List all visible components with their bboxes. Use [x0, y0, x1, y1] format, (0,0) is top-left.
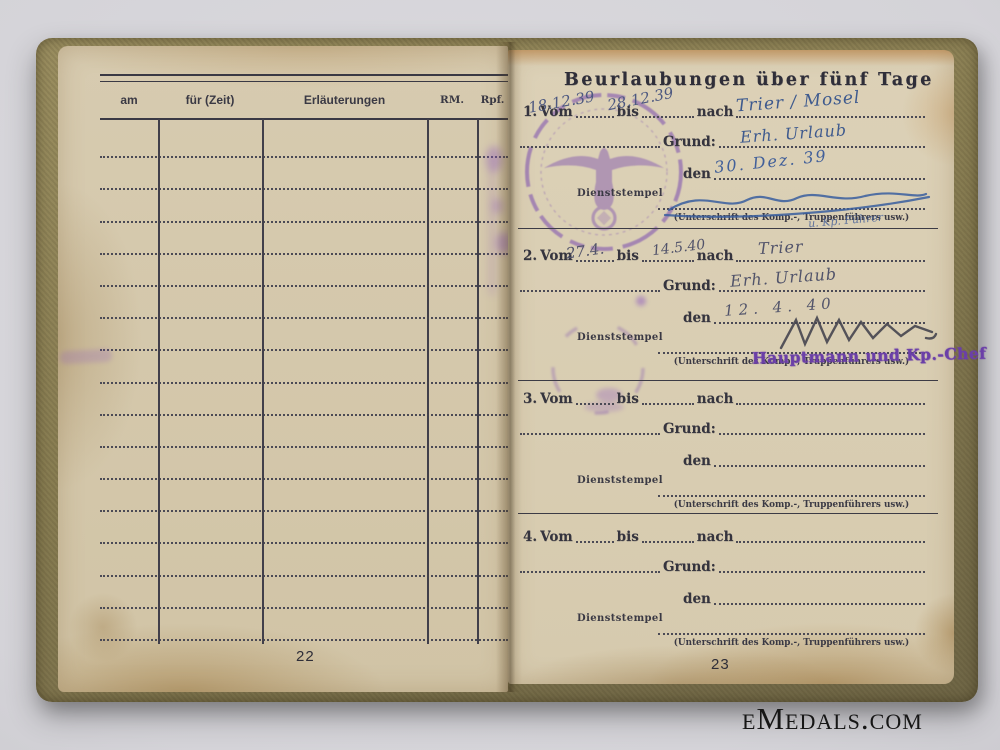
- table-row: [100, 319, 508, 351]
- table-row: [100, 544, 508, 576]
- vom-field: [576, 94, 614, 118]
- column-divider: [262, 119, 264, 644]
- grund-field: [719, 403, 925, 435]
- hauptmann-stamp-text: Hauptmann und Kp.-Chef: [752, 344, 987, 368]
- page-number-22: 22: [296, 648, 315, 665]
- signature-caption: (Unterschrift des Komp.-, Truppenführers…: [658, 638, 925, 648]
- vom-field: [576, 381, 614, 405]
- table-row: [100, 609, 508, 641]
- column-divider: [158, 119, 160, 644]
- den-label: den: [683, 593, 711, 607]
- signature-line: [658, 180, 925, 210]
- signature-line: [658, 467, 925, 497]
- right-page: Beurlaubungen über fünf Tage 1. Vom bis …: [508, 50, 954, 684]
- continuation-field: [520, 403, 660, 435]
- column-header-fuer-zeit: für (Zeit): [158, 93, 262, 107]
- leave-entry-1: 1. Vom bis nach Grund: den Dienststempel…: [508, 96, 940, 246]
- bis-field: [642, 381, 694, 405]
- dienststempel-label: Dienststempel: [577, 188, 663, 199]
- table-row: [100, 126, 508, 158]
- leave-entry-4: 4. Vom bis nach Grund: den Dienststempel…: [508, 521, 940, 671]
- nach-field: [736, 519, 925, 543]
- grund-field: [719, 260, 925, 292]
- grund-field: [719, 116, 925, 148]
- table-row: [100, 577, 508, 609]
- nach-field: [736, 238, 925, 262]
- den-field: [714, 290, 925, 324]
- table-header-row: am für (Zeit) Erläuterungen RM. Rpf.: [100, 82, 508, 120]
- emedals-watermark: eMedals.com: [742, 701, 923, 737]
- table-row: [100, 480, 508, 512]
- den-label: den: [683, 168, 711, 182]
- table-row: [100, 223, 508, 255]
- continuation-field: [520, 541, 660, 573]
- entry-separator: [518, 228, 938, 229]
- table-row: [100, 158, 508, 190]
- den-label: den: [683, 455, 711, 469]
- grund-field: [719, 541, 925, 573]
- dienststempel-label: Dienststempel: [577, 475, 663, 486]
- table-row: [100, 255, 508, 287]
- dienststempel-label: Dienststempel: [577, 613, 663, 624]
- column-divider: [477, 119, 479, 644]
- page-number-23: 23: [711, 656, 730, 673]
- den-field: [714, 433, 925, 467]
- table-row: [100, 512, 508, 544]
- bis-field: [642, 94, 694, 118]
- table-top-rule: [100, 74, 508, 82]
- column-header-rpf: Rpf.: [477, 94, 508, 106]
- table-row: [100, 287, 508, 319]
- column-header-rm: RM.: [427, 94, 477, 106]
- grund-label: Grund:: [663, 280, 716, 294]
- table-empty-rows: [100, 126, 508, 641]
- continuation-field: [520, 116, 660, 148]
- vom-field: [576, 519, 614, 543]
- nach-field: [736, 94, 925, 118]
- bis-field: [642, 519, 694, 543]
- ink-stain: [60, 349, 113, 365]
- bis-field: [642, 238, 694, 262]
- den-label: den: [683, 312, 711, 326]
- signature-caption: (Unterschrift des Komp.-, Truppenführers…: [658, 500, 925, 510]
- leave-entry-3: 3. Vom bis nach Grund: den Dienststempel…: [508, 383, 940, 533]
- grund-label: Grund:: [663, 423, 716, 437]
- page-title: Beurlaubungen über fünf Tage: [564, 70, 904, 90]
- table-row: [100, 416, 508, 448]
- den-field: [714, 571, 925, 605]
- leave-entry-2: 2. Vom bis nach Grund: den Dienststempel…: [508, 240, 940, 390]
- column-divider: [427, 119, 429, 644]
- grund-label: Grund:: [663, 136, 716, 150]
- dienststempel-label: Dienststempel: [577, 332, 663, 343]
- column-header-am: am: [100, 93, 158, 107]
- entry-separator: [518, 513, 938, 514]
- table-row: [100, 448, 508, 480]
- table-row: [100, 351, 508, 383]
- nach-field: [736, 381, 925, 405]
- grund-label: Grund:: [663, 561, 716, 575]
- den-field: [714, 146, 925, 180]
- signature-caption: (Unterschrift des Komp.-, Truppenführers…: [658, 213, 925, 223]
- ink-stain: [488, 166, 496, 296]
- expenses-table: am für (Zeit) Erläuterungen RM. Rpf.: [100, 74, 508, 641]
- column-header-erlaeuterungen: Erläuterungen: [262, 93, 427, 107]
- signature-line: [658, 605, 925, 635]
- continuation-field: [520, 260, 660, 292]
- table-row: [100, 190, 508, 222]
- table-row: [100, 384, 508, 416]
- vom-field: [576, 238, 614, 262]
- left-page: am für (Zeit) Erläuterungen RM. Rpf.: [58, 46, 508, 692]
